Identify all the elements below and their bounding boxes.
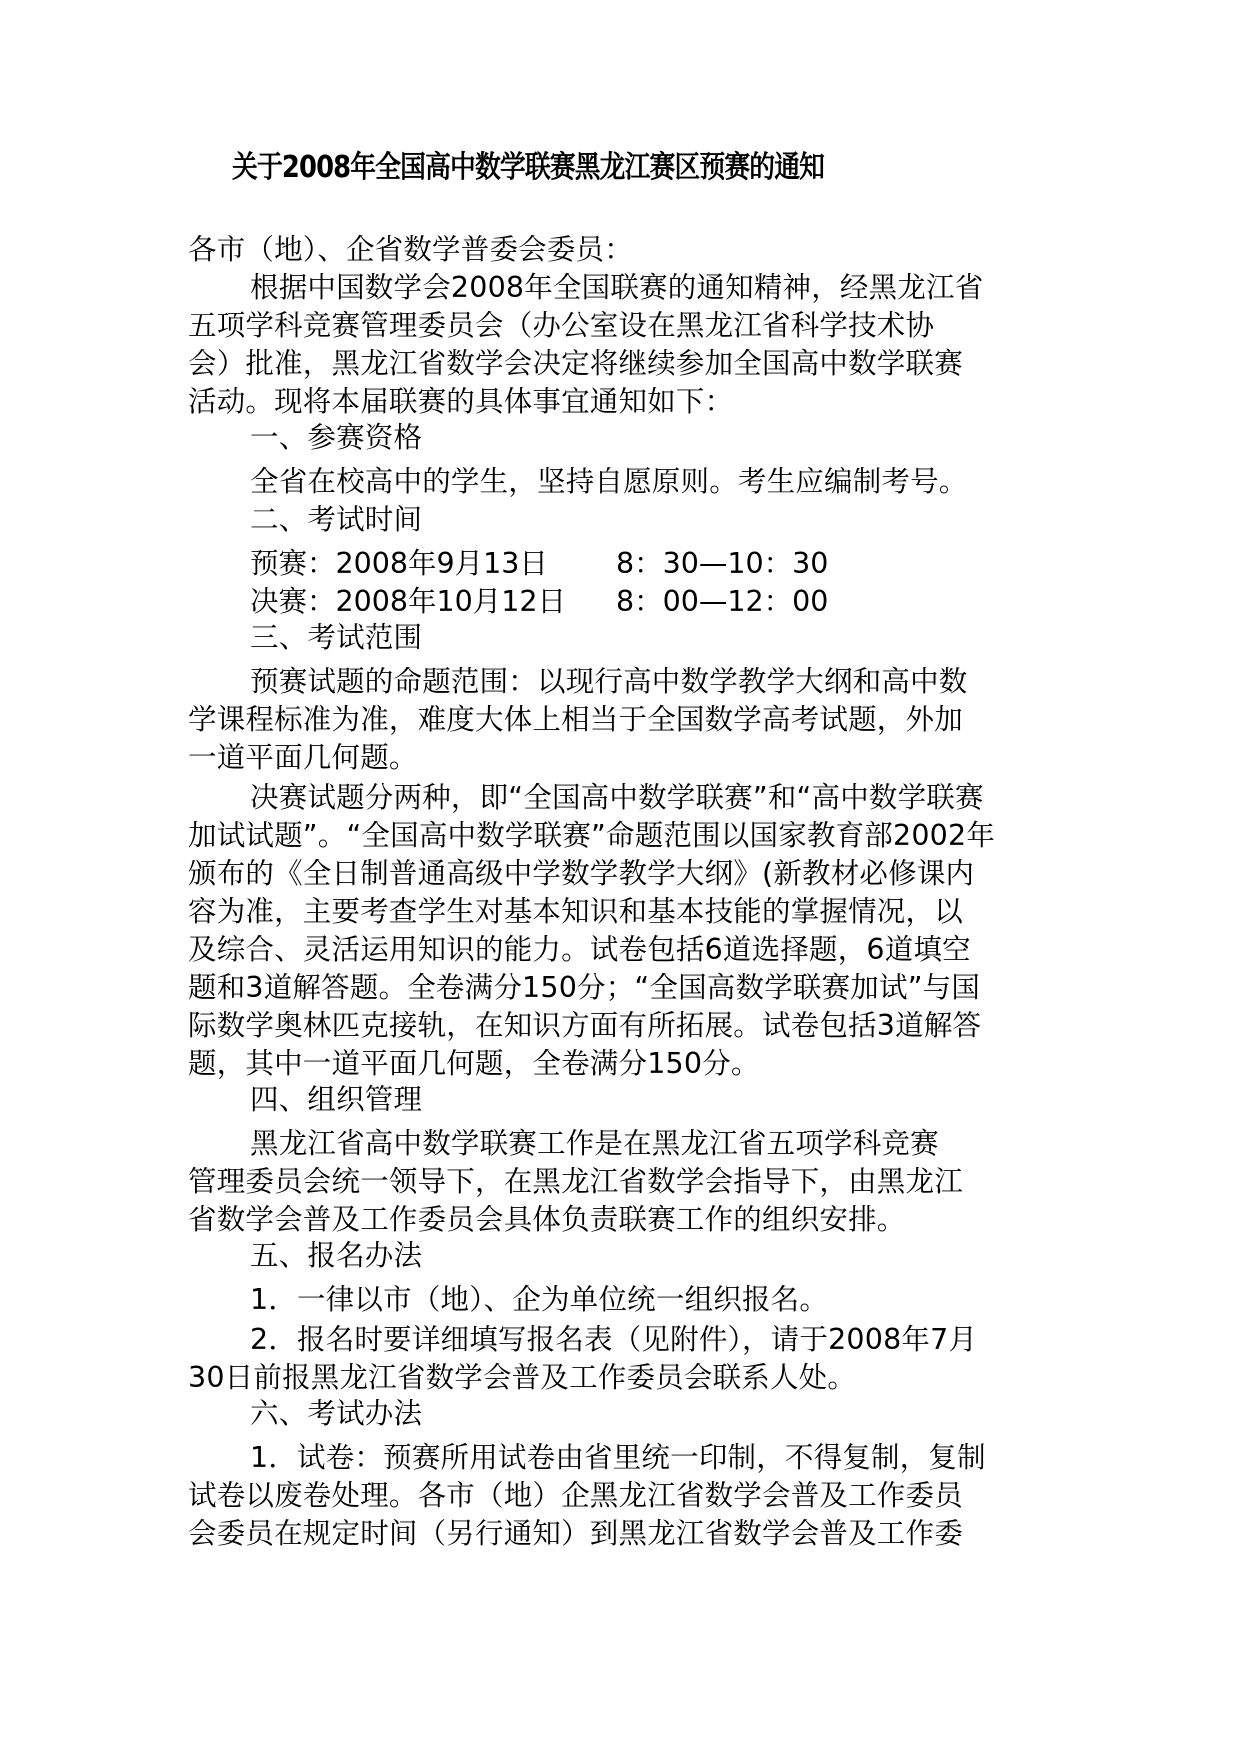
intro-line: 会）批准，黑龙江省数学会决定将继续参加全国高中数学联赛 bbox=[188, 344, 963, 384]
section-heading: 六、考试办法 bbox=[250, 1394, 422, 1434]
section-heading: 三、考试范围 bbox=[250, 618, 422, 658]
section-heading: 五、报名办法 bbox=[250, 1236, 422, 1276]
body-line: 1．试卷：预赛所用试卷由省里统一印制，不得复制，复制 bbox=[250, 1438, 986, 1478]
intro-line: 五项学科竞赛管理委员会（办公室设在黑龙江省科学技术协 bbox=[188, 306, 934, 346]
body-line: 颁布的《全日制普通高级中学数学教学大纲》(新教材必修课内 bbox=[188, 854, 974, 894]
schedule-date: 预赛：2008年9月13日 bbox=[250, 544, 616, 584]
body-line: 1．一律以市（地）、企为单位统一组织报名。 bbox=[250, 1280, 828, 1320]
body-line: 全省在校高中的学生，坚持自愿原则。考生应编制考号。 bbox=[250, 462, 968, 502]
section-heading: 一、参赛资格 bbox=[250, 418, 422, 458]
body-line: 2．报名时要详细填写报名表（见附件），请于2008年7月 bbox=[250, 1320, 977, 1360]
body-line: 省数学会普及工作委员会具体负责联赛工作的组织安排。 bbox=[188, 1200, 906, 1240]
body-line: 预赛试题的命题范围：以现行高中数学教学大纲和高中数 bbox=[250, 662, 968, 702]
body-line: 题，其中一道平面几何题，全卷满分150分。 bbox=[188, 1044, 760, 1084]
schedule-date: 决赛：2008年10月12日 bbox=[250, 582, 616, 622]
document-page: 关于2008年全国高中数学联赛黑龙江赛区预赛的通知 各市（地）、企省数学普委会委… bbox=[0, 0, 1241, 1754]
body-line: 题和3道解答题。全卷满分150分；“全国高数学联赛加试”与国 bbox=[188, 968, 980, 1008]
body-line: 及综合、灵活运用知识的能力。试卷包括6道选择题，6道填空 bbox=[188, 930, 971, 970]
intro-line: 活动。现将本届联赛的具体事宜通知如下： bbox=[188, 382, 733, 422]
body-line: 加试试题”。“全国高中数学联赛”命题范围以国家教育部2002年 bbox=[188, 816, 995, 856]
schedule-time: 8：00—12：00 bbox=[616, 585, 828, 618]
body-line: 试卷以废卷处理。各市（地）企黑龙江省数学会普及工作委员 bbox=[188, 1476, 963, 1516]
body-line: 决赛试题分两种，即“全国高中数学联赛”和“高中数学联赛 bbox=[250, 778, 984, 818]
body-line: 30日前报黑龙江省数学会普及工作委员会联系人处。 bbox=[188, 1358, 856, 1398]
schedule-time: 8：30—10：30 bbox=[616, 547, 828, 580]
schedule-row-preliminary: 预赛：2008年9月13日8：30—10：30 bbox=[250, 544, 828, 584]
body-line: 容为准，主要考查学生对基本知识和基本技能的掌握情况，以 bbox=[188, 892, 963, 932]
body-line: 一道平面几何题。 bbox=[188, 738, 418, 778]
section-heading: 二、考试时间 bbox=[250, 500, 422, 540]
body-line: 学课程标准为准，难度大体上相当于全国数学高考试题，外加 bbox=[188, 700, 963, 740]
body-line: 会委员在规定时间（另行通知）到黑龙江省数学会普及工作委 bbox=[188, 1514, 963, 1554]
section-heading: 四、组织管理 bbox=[250, 1080, 422, 1120]
body-line: 黑龙江省高中数学联赛工作是在黑龙江省五项学科竞赛 bbox=[250, 1124, 939, 1164]
body-line: 管理委员会统一领导下，在黑龙江省数学会指导下，由黑龙江 bbox=[188, 1162, 963, 1202]
intro-line: 根据中国数学会2008年全国联赛的通知精神，经黑龙江省 bbox=[250, 268, 983, 308]
schedule-row-final: 决赛：2008年10月12日8：00—12：00 bbox=[250, 582, 828, 622]
document-title: 关于2008年全国高中数学联赛黑龙江赛区预赛的通知 bbox=[232, 145, 903, 191]
salutation: 各市（地）、企省数学普委会委员： bbox=[188, 230, 633, 270]
body-line: 际数学奥林匹克接轨，在知识方面有所拓展。试卷包括3道解答 bbox=[188, 1006, 981, 1046]
